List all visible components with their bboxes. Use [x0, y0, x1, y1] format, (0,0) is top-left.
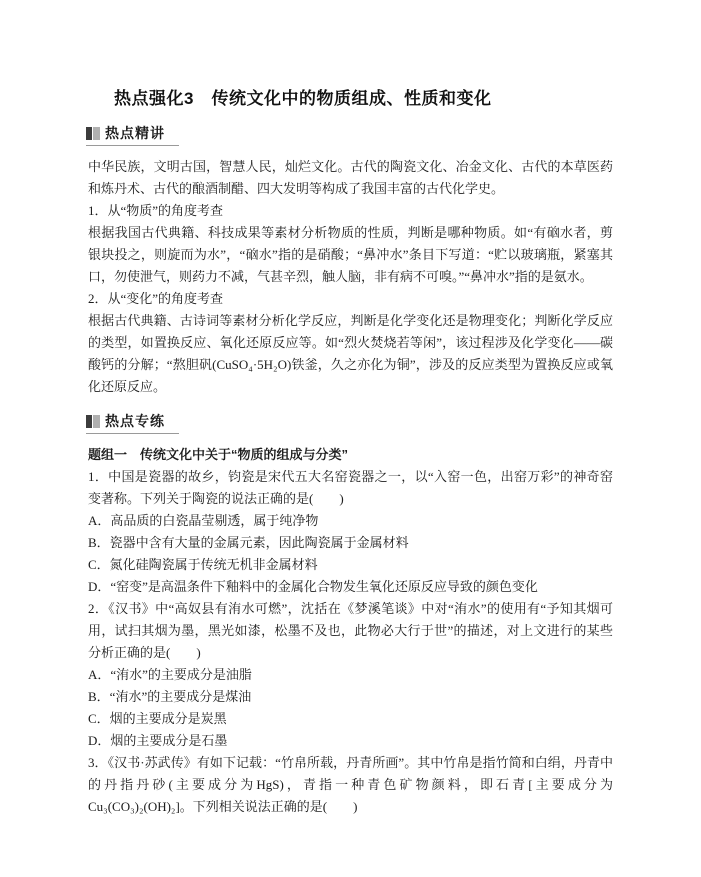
point2-body: 根据古代典籍、古诗词等素材分析化学反应，判断是化学变化还是物理变化；判断化学反应… [88, 310, 613, 398]
option-b: B．瓷器中含有大量的金属元素，因此陶瓷属于金属材料 [88, 532, 613, 554]
marker-dark-block [86, 415, 92, 428]
point1-title: 1．从“物质”的角度考查 [88, 200, 613, 222]
option-c: C．氮化硅陶瓷属于传统无机非金属材料 [88, 554, 613, 576]
option-c: C．烟的主要成分是炭黑 [88, 708, 613, 730]
question-1: 1．中国是瓷器的故乡，钧瓷是宋代五大名窑瓷器之一，以“入窑一色，出窑万彩”的神奇… [88, 466, 613, 598]
marker-dark-block [86, 127, 92, 140]
section-header-redian-zhuanlian: 热点专练 [86, 413, 179, 434]
question-stem: 1．中国是瓷器的故乡，钧瓷是宋代五大名窑瓷器之一，以“入窑一色，出窑万彩”的神奇… [88, 466, 613, 510]
option-b: B．“洧水”的主要成分是煤油 [88, 686, 613, 708]
point1-body: 根据我国古代典籍、科技成果等素材分析物质的性质，判断是哪种物质。如“有硇水者，剪… [88, 222, 613, 288]
section-marker-icon [86, 127, 100, 140]
intro-paragraph: 中华民族，文明古国，智慧人民，灿烂文化。古代的陶瓷文化、冶金文化、古代的本草医药… [88, 156, 613, 200]
option-a: A．“洧水”的主要成分是油脂 [88, 664, 613, 686]
section-marker-icon [86, 415, 100, 428]
page-title: 热点强化3 传统文化中的物质组成、性质和变化 [114, 88, 613, 110]
marker-light-block [93, 127, 100, 140]
question-2: 2．《汉书》中“高奴县有洧水可燃”，沈括在《梦溪笔谈》中对“洧水”的使用有“予知… [88, 598, 613, 752]
document-page: 热点强化3 传统文化中的物质组成、性质和变化 热点精讲 中华民族，文明古国，智慧… [0, 0, 701, 877]
marker-light-block [93, 415, 100, 428]
question-stem: 2．《汉书》中“高奴县有洧水可燃”，沈括在《梦溪笔谈》中对“洧水”的使用有“予知… [88, 598, 613, 664]
section-header-label: 热点精讲 [105, 125, 165, 141]
option-a: A．高品质的白瓷晶莹剔透，属于纯净物 [88, 510, 613, 532]
section-header-label: 热点专练 [105, 413, 165, 429]
section-header-redian-jingjiang: 热点精讲 [86, 125, 179, 146]
question-stem: 3．《汉书·苏武传》有如下记载：“竹帛所载，丹青所画”。其中竹帛是指竹简和白绢，… [88, 752, 613, 818]
point2-title: 2．从“变化”的角度考查 [88, 288, 613, 310]
question-3: 3．《汉书·苏武传》有如下记载：“竹帛所载，丹青所画”。其中竹帛是指竹简和白绢，… [88, 752, 613, 818]
question-group-title: 题组一 传统文化中关于“物质的组成与分类” [88, 444, 613, 466]
option-d: D．“窑变”是高温条件下釉料中的金属化合物发生氧化还原反应导致的颜色变化 [88, 576, 613, 598]
option-d: D．烟的主要成分是石墨 [88, 730, 613, 752]
